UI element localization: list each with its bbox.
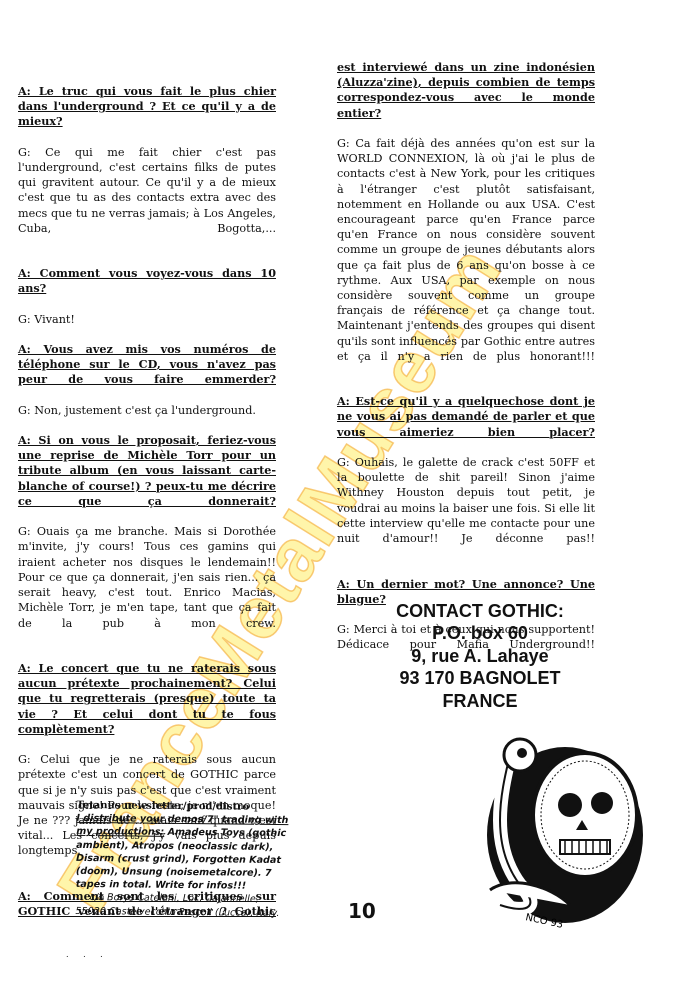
question: A: Vous avez mis vos numéros de téléphon…	[18, 342, 276, 403]
advert-title: Tetanus newsletter/prod/distro	[76, 799, 288, 814]
qa-block: A: Vous avez mis vos numéros de téléphon…	[18, 342, 276, 418]
contact-city: 93 170 BAGNOLET	[360, 667, 600, 689]
page-number: 10	[348, 899, 376, 923]
question: A: Le truc qui vous fait le plus chier d…	[18, 84, 276, 145]
footer-dots: . . .	[66, 950, 109, 959]
answer: G: Ca fait déjà des années qu'on est sur…	[337, 136, 595, 379]
contact-street: 9, rue A. Lahaye	[360, 645, 600, 667]
answer: G: Ouhais, le galette de crack c'est 50F…	[337, 455, 595, 561]
tetanus-advert: Tetanus newsletter/prod/distro I distrib…	[75, 799, 288, 920]
qa-block: A: Le truc qui vous fait le plus chier d…	[18, 84, 276, 251]
qa-block: A: Si on vous le proposait, feriez-vous …	[18, 433, 276, 646]
contact-po-box: P.O. box 60	[360, 622, 600, 644]
question: A: Comment vous voyez-vous dans 10 ans?	[18, 266, 276, 312]
contact-country: FRANCE	[360, 690, 600, 712]
question: est interviewé dans un zine indonésien (…	[337, 60, 595, 136]
right-column: est interviewé dans un zine indonésien (…	[337, 60, 595, 683]
answer: G: Ouais ça me branche. Mais si Dorothée…	[18, 524, 276, 646]
question: A: Le concert que tu ne raterais sous au…	[18, 661, 276, 752]
qa-block: est interviewé dans un zine indonésien (…	[337, 60, 595, 379]
advert-address-2: 55020 Castelvecchio Pascoli (Lucca), Ita…	[75, 905, 287, 920]
answer: G: Ce qui me fait chier c'est pas l'unde…	[18, 145, 276, 251]
contact-block: CONTACT GOTHIC: P.O. box 60 9, rue A. La…	[360, 600, 600, 712]
answer: G: Non, justement c'est ça l'underground…	[18, 403, 276, 418]
question: A: Si on vous le proposait, feriez-vous …	[18, 433, 276, 524]
qa-block: A: Est-ce qu'il y a quelquechose dont je…	[337, 394, 595, 561]
skull-fish-illustration: NCO 93	[470, 715, 650, 935]
contact-heading: CONTACT GOTHIC:	[360, 600, 600, 622]
question: A: Est-ce qu'il y a quelquechose dont je…	[337, 394, 595, 455]
qa-block: A: Comment vous voyez-vous dans 10 ans? …	[18, 266, 276, 327]
answer: G: Vivant!	[18, 312, 276, 327]
